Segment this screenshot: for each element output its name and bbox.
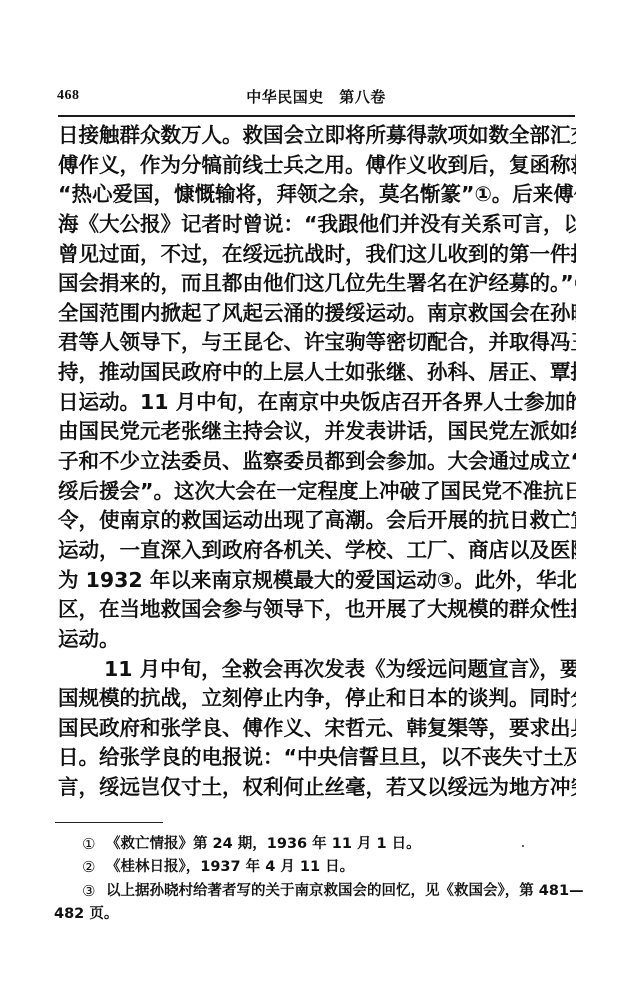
book-page: 468 中华民国史 第八卷 日接触群众数万人。救国会立即将所募得款项如数全部汇交… [0, 0, 644, 1000]
footnote-3: ③ 以上据孙晓村给著者写的关于南京救国会的回忆，见《救国会》，第 481— [54, 880, 574, 903]
footnote-text: 《桂林日报》，1937 年 4 月 11 日。 [106, 856, 354, 879]
footnote-marker: ② [82, 856, 95, 879]
text-line: 国会捐来的，而且都由他们这几位先生署名在沪经募的。”②11 月，在 [58, 269, 576, 299]
text-line: 运动。 [58, 625, 576, 655]
text-line: 言，绥远岂仅寸土，权利何止丝毫，若又以绥远为地方冲突，默认沦亡， [58, 773, 576, 803]
footnotes: ① 《救亡情报》第 24 期，1936 年 11 月 1 日。 ② 《桂林日报》… [54, 833, 574, 926]
text-line: 国民政府和张学良、傅作义、宋哲元、韩复榘等，要求出兵援绥，坚决抗 [58, 714, 576, 744]
text-line: 傅作义，作为分犒前线士兵之用。傅作义收到后，复函称救国会诸先生 [58, 151, 576, 181]
text-line: 运动，一直深入到政府各机关、学校、工厂、商店以及医院的病房里，成 [58, 536, 576, 566]
text-line: 君等人领导下，与王昆仑、许宝驹等密切配合，并取得冯玉祥的大力支 [58, 328, 576, 358]
text-line: 日接触群众数万人。救国会立即将所募得款项如数全部汇交绥省主席 [58, 121, 576, 151]
text-line: 绥后援会”。这次大会在一定程度上冲破了国民党不准抗日救国的禁 [58, 477, 576, 507]
body-text: 日接触群众数万人。救国会立即将所募得款项如数全部汇交绥省主席 傅作义，作为分犒前… [58, 121, 576, 803]
text-line: 令，使南京的救国运动出现了高潮。会后开展的抗日救亡宣传和募捐 [58, 506, 576, 536]
text-line: 全国范围内掀起了风起云涌的援绥运动。南京救国会在孙晓村、曹孟 [58, 299, 576, 329]
text-line: 为 1932 年以来南京规模最大的爱国运动③。此外，华北、西北、华南地 [58, 566, 576, 596]
text-line: 日。给张学良的电报说：“中央信誓旦旦，以不丧失寸土及丝毫主权为 [58, 743, 576, 773]
footnote-marker: ③ [82, 880, 95, 903]
footnote-rule [55, 822, 163, 823]
text-line: 曾见过面，不过，在绥远抗战时，我们这儿收到的第一件捐款，是他们救 [58, 240, 576, 270]
running-header: 468 中华民国史 第八卷 [57, 86, 575, 108]
scan-speck [522, 845, 524, 847]
footnote-1: ① 《救亡情报》第 24 期，1936 年 11 月 1 日。 [54, 833, 574, 856]
text-line: “热心爱国，慷慨输将，拜领之余，莫名惭篆”①。后来傅作义在接见上 [58, 180, 576, 210]
text-line: 区，在当地救国会参与领导下，也开展了大规模的群众性援绥抗日 [58, 595, 576, 625]
text-line: 国规模的抗战，立刻停止内争，停止和日本的谈判。同时分别打电报给 [58, 684, 576, 714]
paragraph-start-line: 11 月中旬，全救会再次发表《为绥远问题宣言》，要求政府发动全 [58, 655, 576, 685]
text-line: 海《大公报》记者时曾说：“我跟他们并没有关系可言，以前也不认识，未 [58, 210, 576, 240]
book-title: 中华民国史 第八卷 [57, 86, 575, 107]
text-line: 子和不少立法委员、监察委员都到会参加。大会通过成立“首都各界援 [58, 447, 576, 477]
text-line: 持，推动国民政府中的上层人士如张继、孙科、居正、覃振等发起援绥抗 [58, 358, 576, 388]
footnote-marker: ① [82, 833, 95, 856]
footnote-3-continuation: 482 页。 [54, 903, 574, 926]
footnote-text: 以上据孙晓村给著者写的关于南京救国会的回忆，见《救国会》，第 481— [106, 880, 574, 903]
footnote-text: 482 页。 [54, 903, 118, 926]
header-rule [58, 115, 575, 117]
footnote-text: 《救亡情报》第 24 期，1936 年 11 月 1 日。 [106, 833, 421, 856]
text-line: 日运动。11 月中旬，在南京中央饭店召开各界人士参加的援绥大会， [58, 388, 576, 418]
footnote-2: ② 《桂林日报》，1937 年 4 月 11 日。 [54, 856, 574, 879]
text-line: 由国民党元老张继主持会议，并发表讲话，国民党左派如经亨颐、柳亚 [58, 417, 576, 447]
